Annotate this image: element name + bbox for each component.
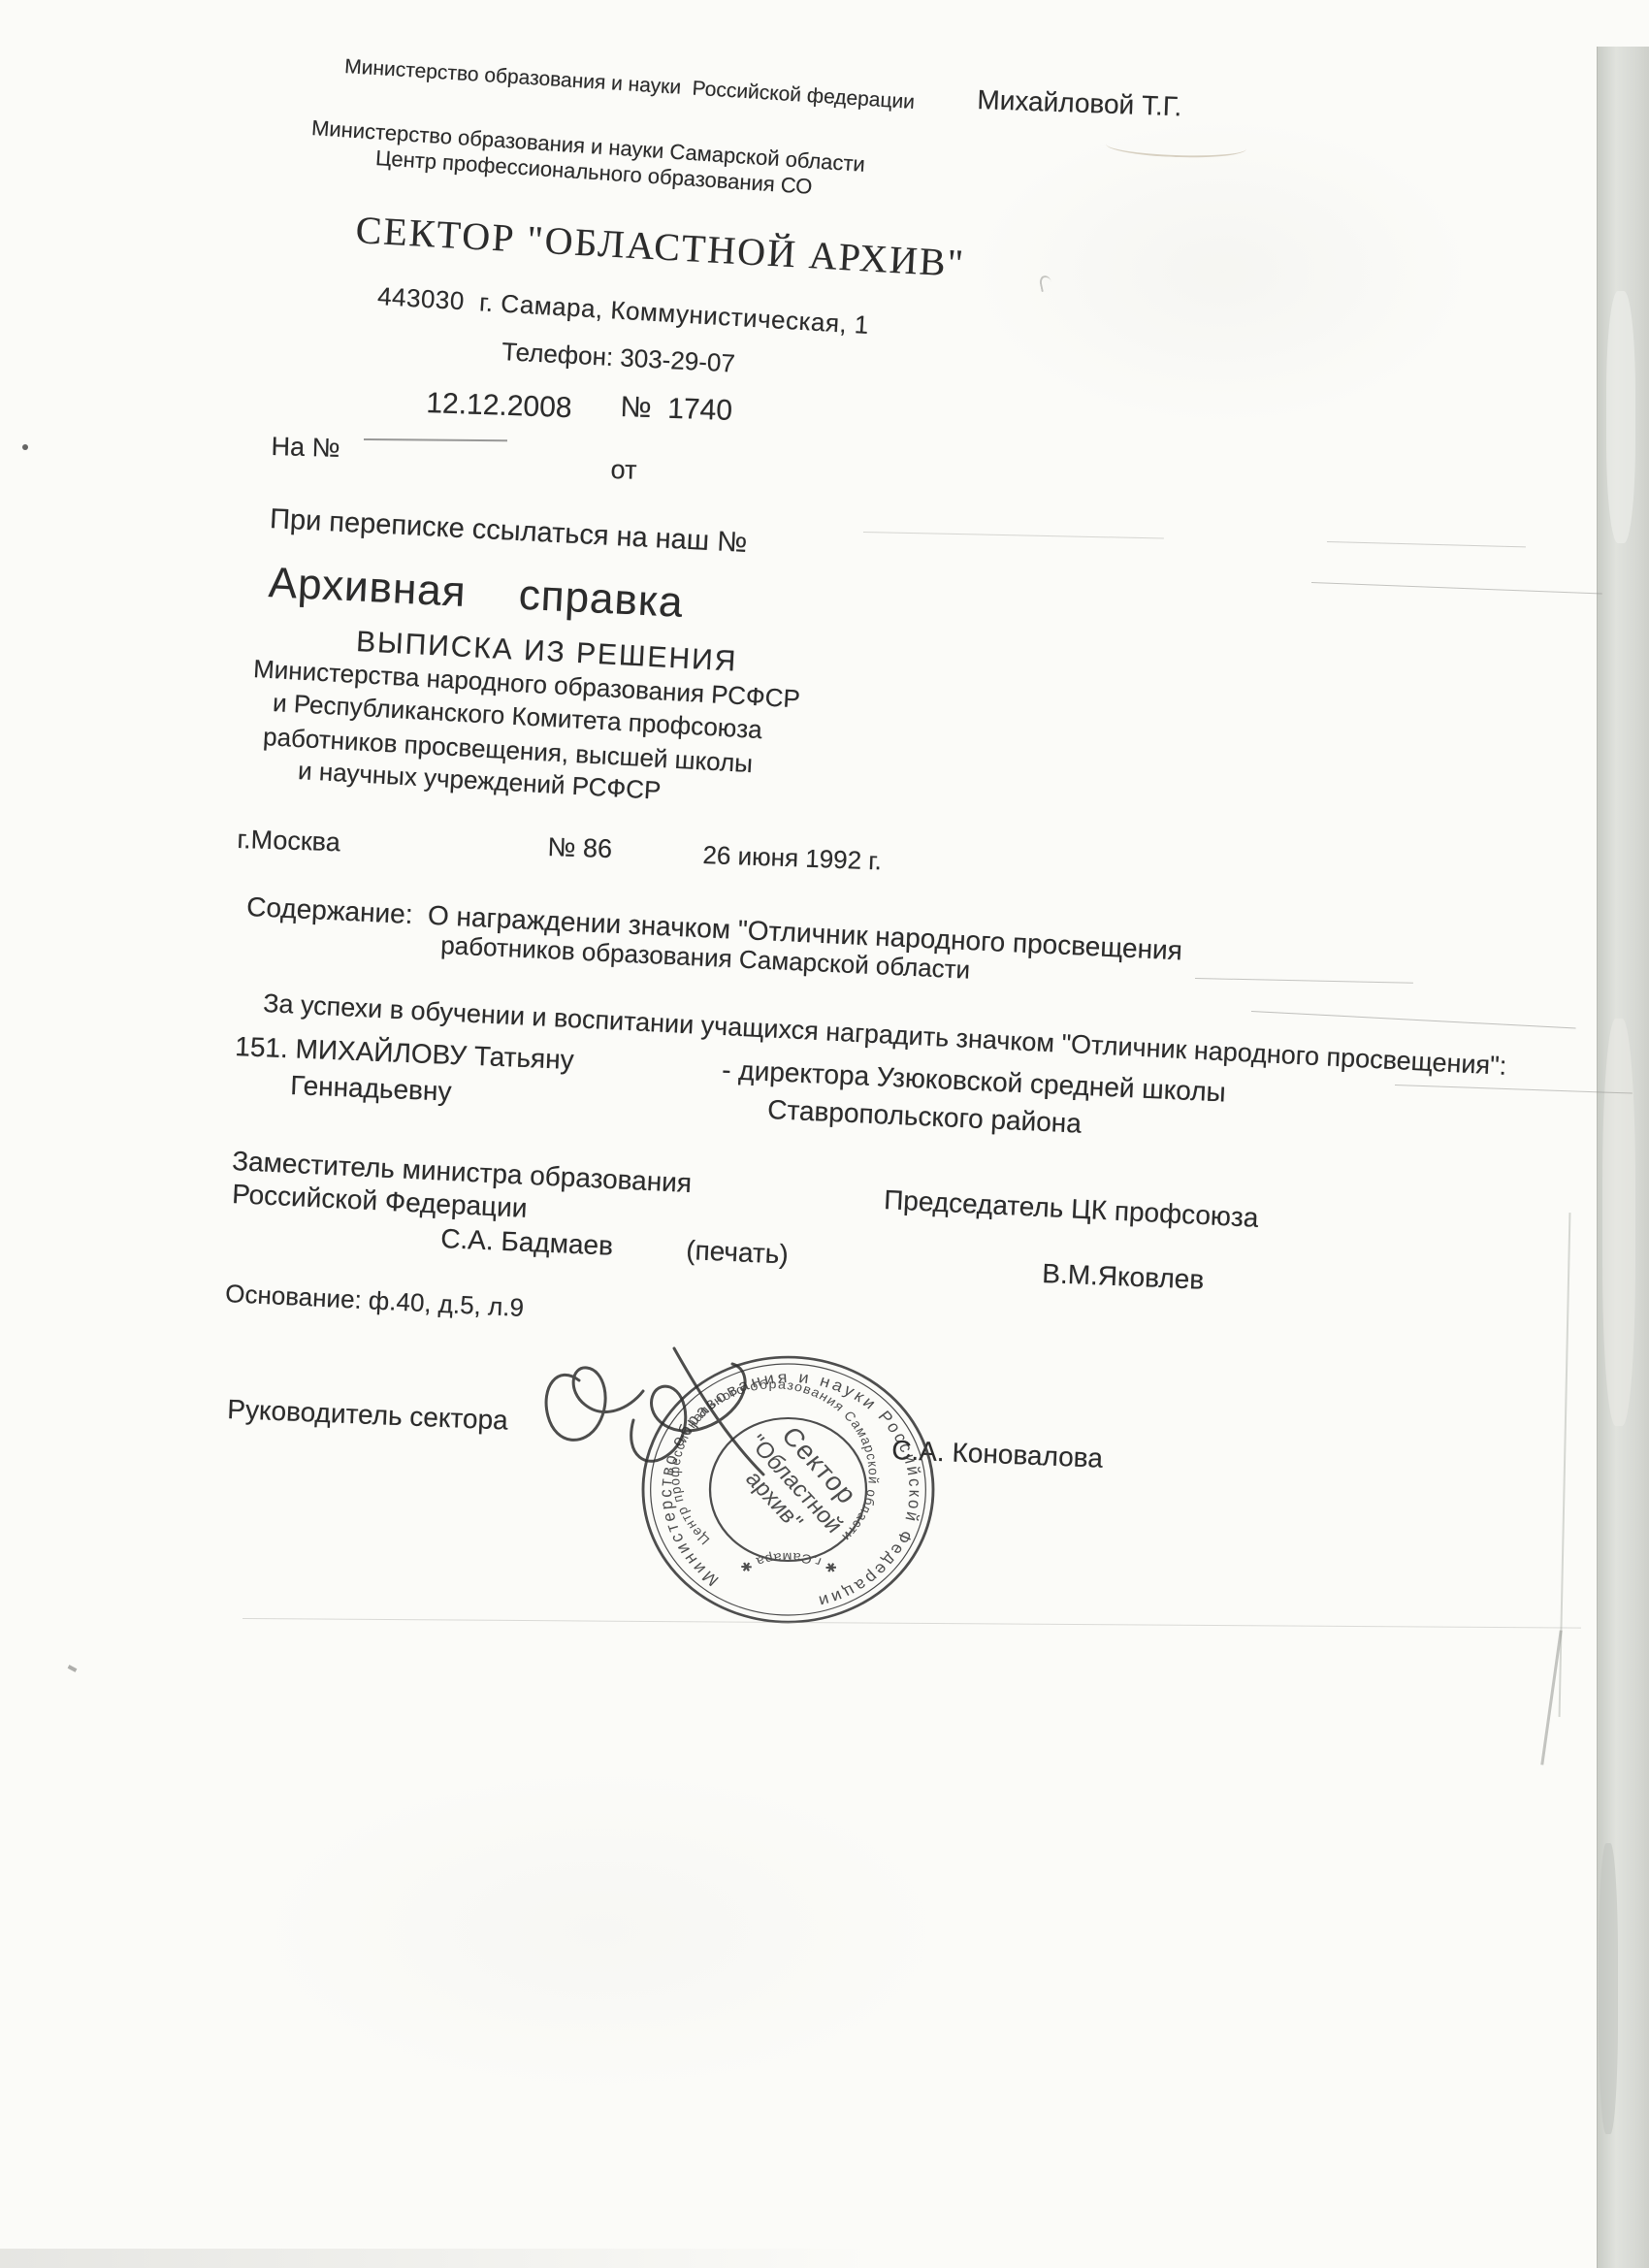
scan-edge-highlight — [1602, 1019, 1635, 1426]
ref-na-no-label: На № — [271, 433, 340, 462]
correspondence-note: При переписке ссылаться на наш № — [269, 504, 748, 558]
decision-city: г.Москва — [237, 826, 340, 857]
sector-head-title: Руководитель сектора — [227, 1395, 508, 1435]
paper-blotch — [252, 1766, 951, 2095]
scan-corner-shadow — [0, 2249, 873, 2268]
scratch-line — [1327, 541, 1526, 547]
decision-date: 26 июня 1992 г. — [702, 842, 882, 875]
scan-edge-shade — [1599, 1843, 1618, 2134]
chairman-title: Председатель ЦК профсоюза — [884, 1185, 1260, 1232]
scanned-archive-certificate: Министерство образования и науки Российс… — [0, 0, 1649, 2268]
seal-note: (печать) — [686, 1236, 790, 1269]
signature — [529, 1327, 800, 1497]
svg-text:✱ г.Самара ✱: ✱ г.Самара ✱ — [736, 1550, 840, 1575]
doc-title: Архивная справка — [268, 561, 685, 626]
ink-speck — [68, 1665, 78, 1672]
ink-speck — [22, 444, 28, 450]
scratch-line — [1195, 978, 1413, 984]
org-phone: Телефон: 303-29-07 — [501, 339, 736, 377]
ref-ot-label: от — [610, 456, 637, 484]
scratch-line — [1251, 1011, 1576, 1029]
decision-number: № 86 — [547, 833, 612, 862]
chairman-name: В.М.Яковлев — [1042, 1259, 1205, 1294]
org-address: 443030 г. Самара, Коммунистическая, 1 — [376, 283, 869, 339]
scan-edge-highlight — [1606, 291, 1635, 543]
awardee-patronymic: Геннадьевну — [290, 1071, 452, 1106]
doc-number: № 1740 — [620, 392, 733, 427]
stamp-bottom-ring-text: ✱ г.Самара ✱ — [736, 1550, 840, 1575]
sector-archive-title: СЕКТОР "ОБЛАСТНОЙ АРХИВ" — [355, 210, 966, 284]
scratch-line — [1311, 582, 1602, 595]
basis-note: Основание: ф.40, д.5, л.9 — [225, 1280, 525, 1321]
ministry-rf-line: Министерство образования и науки Российс… — [344, 56, 916, 113]
deputy-minister-name: С.А. Бадмаев — [440, 1224, 614, 1260]
awardee-number-name: 151. МИХАЙЛОВУ Татьяну — [235, 1032, 574, 1074]
paper-blotch — [970, 116, 1474, 427]
doc-date: 12.12.2008 — [426, 388, 572, 424]
ref-number-underline — [364, 438, 507, 441]
awardee-position-2: Ставропольского района — [767, 1095, 1083, 1138]
scratch-line — [863, 532, 1164, 538]
